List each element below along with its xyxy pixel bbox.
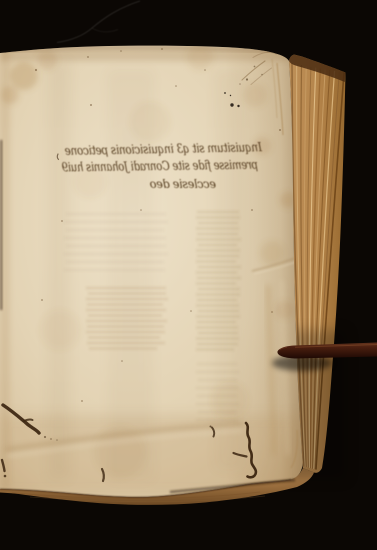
manuscript-photo-canvas: Inquisitum sit q3 inquisicionis peticone… [0,0,377,550]
inscription-line-2: premisse fide site Conradi Johannis hui9 [61,157,258,175]
inscription-line-3: ecclesie deo [150,177,216,191]
manuscript-photo: Inquisitum sit q3 inquisicionis peticone… [0,0,377,550]
